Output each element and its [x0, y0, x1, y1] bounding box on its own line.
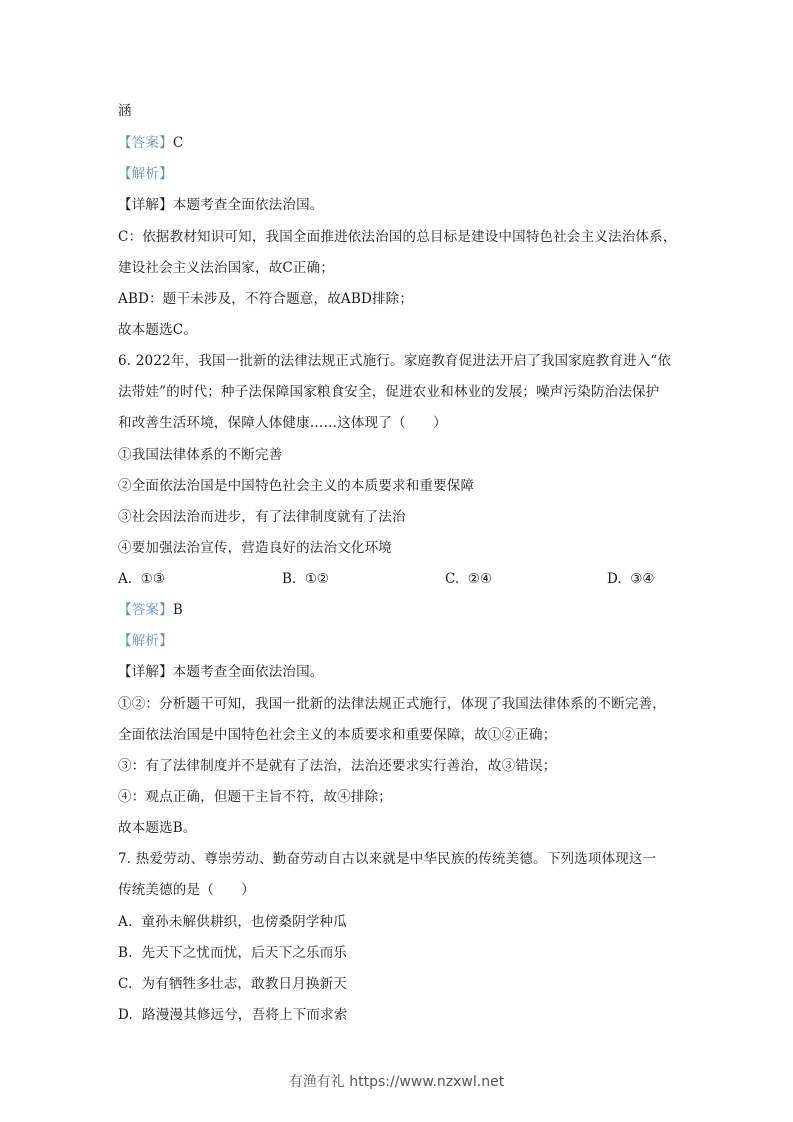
q6-statement: ③社会因法治而进步，有了法律制度就有了法治 — [118, 508, 406, 526]
answer-value: B — [173, 602, 183, 618]
q7-option-b: B. 先天下之忧而忧，后天下之乐而乐 — [118, 944, 347, 962]
q7-option-d: D. 路漫漫其修远兮，吾将上下而求索 — [118, 1006, 348, 1024]
q7-option-c: C. 为有牺牲多壮志，敢教日月换新天 — [118, 975, 347, 993]
q6-analysis-line: ④：观点正确，但题干主旨不符，故④排除； — [118, 788, 392, 806]
q6-stem-line: 6. 2022年，我国一批新的法律法规正式施行。家庭教育促进法开启了我国家庭教育… — [118, 352, 671, 370]
q6-stem-line: 法带娃”的时代；种子法保障国家粮食安全，促进农业和林业的发展；噪声污染防治法保护 — [118, 383, 659, 401]
q6-statement: ①我国法律体系的不断完善 — [118, 446, 282, 464]
q6-option-a: A. ①③ — [118, 570, 165, 588]
q5-analysis-line: 【详解】本题考查全面依法治国。 — [118, 196, 324, 214]
q7-stem-line: 传统美德的是（ ） — [118, 881, 255, 899]
footer-watermark: 有渔有礼 https://www.nzxwl.net — [0, 1071, 793, 1091]
q6-analysis-line: 故本题选B。 — [118, 819, 197, 837]
q6-statement: ④要加强法治宣传，营造良好的法治文化环境 — [118, 539, 392, 557]
q7-option-a: A. 童孙未解供耕织，也傍桑阴学种瓜 — [118, 913, 347, 931]
q6-analysis-line: ③：有了法律制度并不是就有了法治，法治还要求实行善治，故③错误； — [118, 757, 556, 775]
q6-analysis-line: 全面依法治国是中国特色社会主义的本质要求和重要保障，故①②正确； — [118, 726, 556, 744]
q5-answer: 【答案】C — [118, 134, 183, 152]
document-page: 涵 【答案】C 【解析】 【详解】本题考查全面依法治国。 C：依据教材知识可知，… — [0, 0, 793, 1122]
q5-analysis-line: 建设社会主义法治国家，故C正确； — [118, 259, 334, 277]
q6-option-b: B. ①② — [282, 570, 329, 588]
q6-option-d: D. ③④ — [607, 570, 654, 588]
q6-statement: ②全面依法治国是中国特色社会主义的本质要求和重要保障 — [118, 477, 474, 495]
continued-text-fragment: 涵 — [118, 102, 132, 120]
q7-stem-line: 7. 热爱劳动、尊崇劳动、勤奋劳动自古以来就是中华民族的传统美德。下列选项体现这… — [118, 850, 656, 868]
q6-analysis-line: 【详解】本题考查全面依法治国。 — [118, 663, 324, 681]
q6-stem-line: 和改善生活环境，保障人体健康……这体现了（ ） — [118, 414, 447, 432]
q6-analysis-line: ①②：分析题干可知，我国一批新的法律法规正式施行，体现了我国法律体系的不断完善， — [118, 695, 666, 713]
q6-analysis-tag: 【解析】 — [118, 632, 173, 650]
q6-answer: 【答案】B — [118, 601, 183, 619]
answer-tag: 【答案】 — [118, 135, 173, 151]
q5-analysis-line: C：依据教材知识可知，我国全面推进依法治国的总目标是建设中国特色社会主义法治体系… — [118, 228, 677, 246]
answer-value: C — [173, 135, 184, 151]
answer-tag: 【答案】 — [118, 602, 173, 618]
q5-analysis-tag: 【解析】 — [118, 165, 173, 183]
q5-analysis-line: ABD：题干未涉及，不符合题意，故ABD排除； — [118, 290, 413, 308]
q5-analysis-line: 故本题选C。 — [118, 321, 197, 339]
q6-option-c: C. ②④ — [445, 570, 492, 588]
